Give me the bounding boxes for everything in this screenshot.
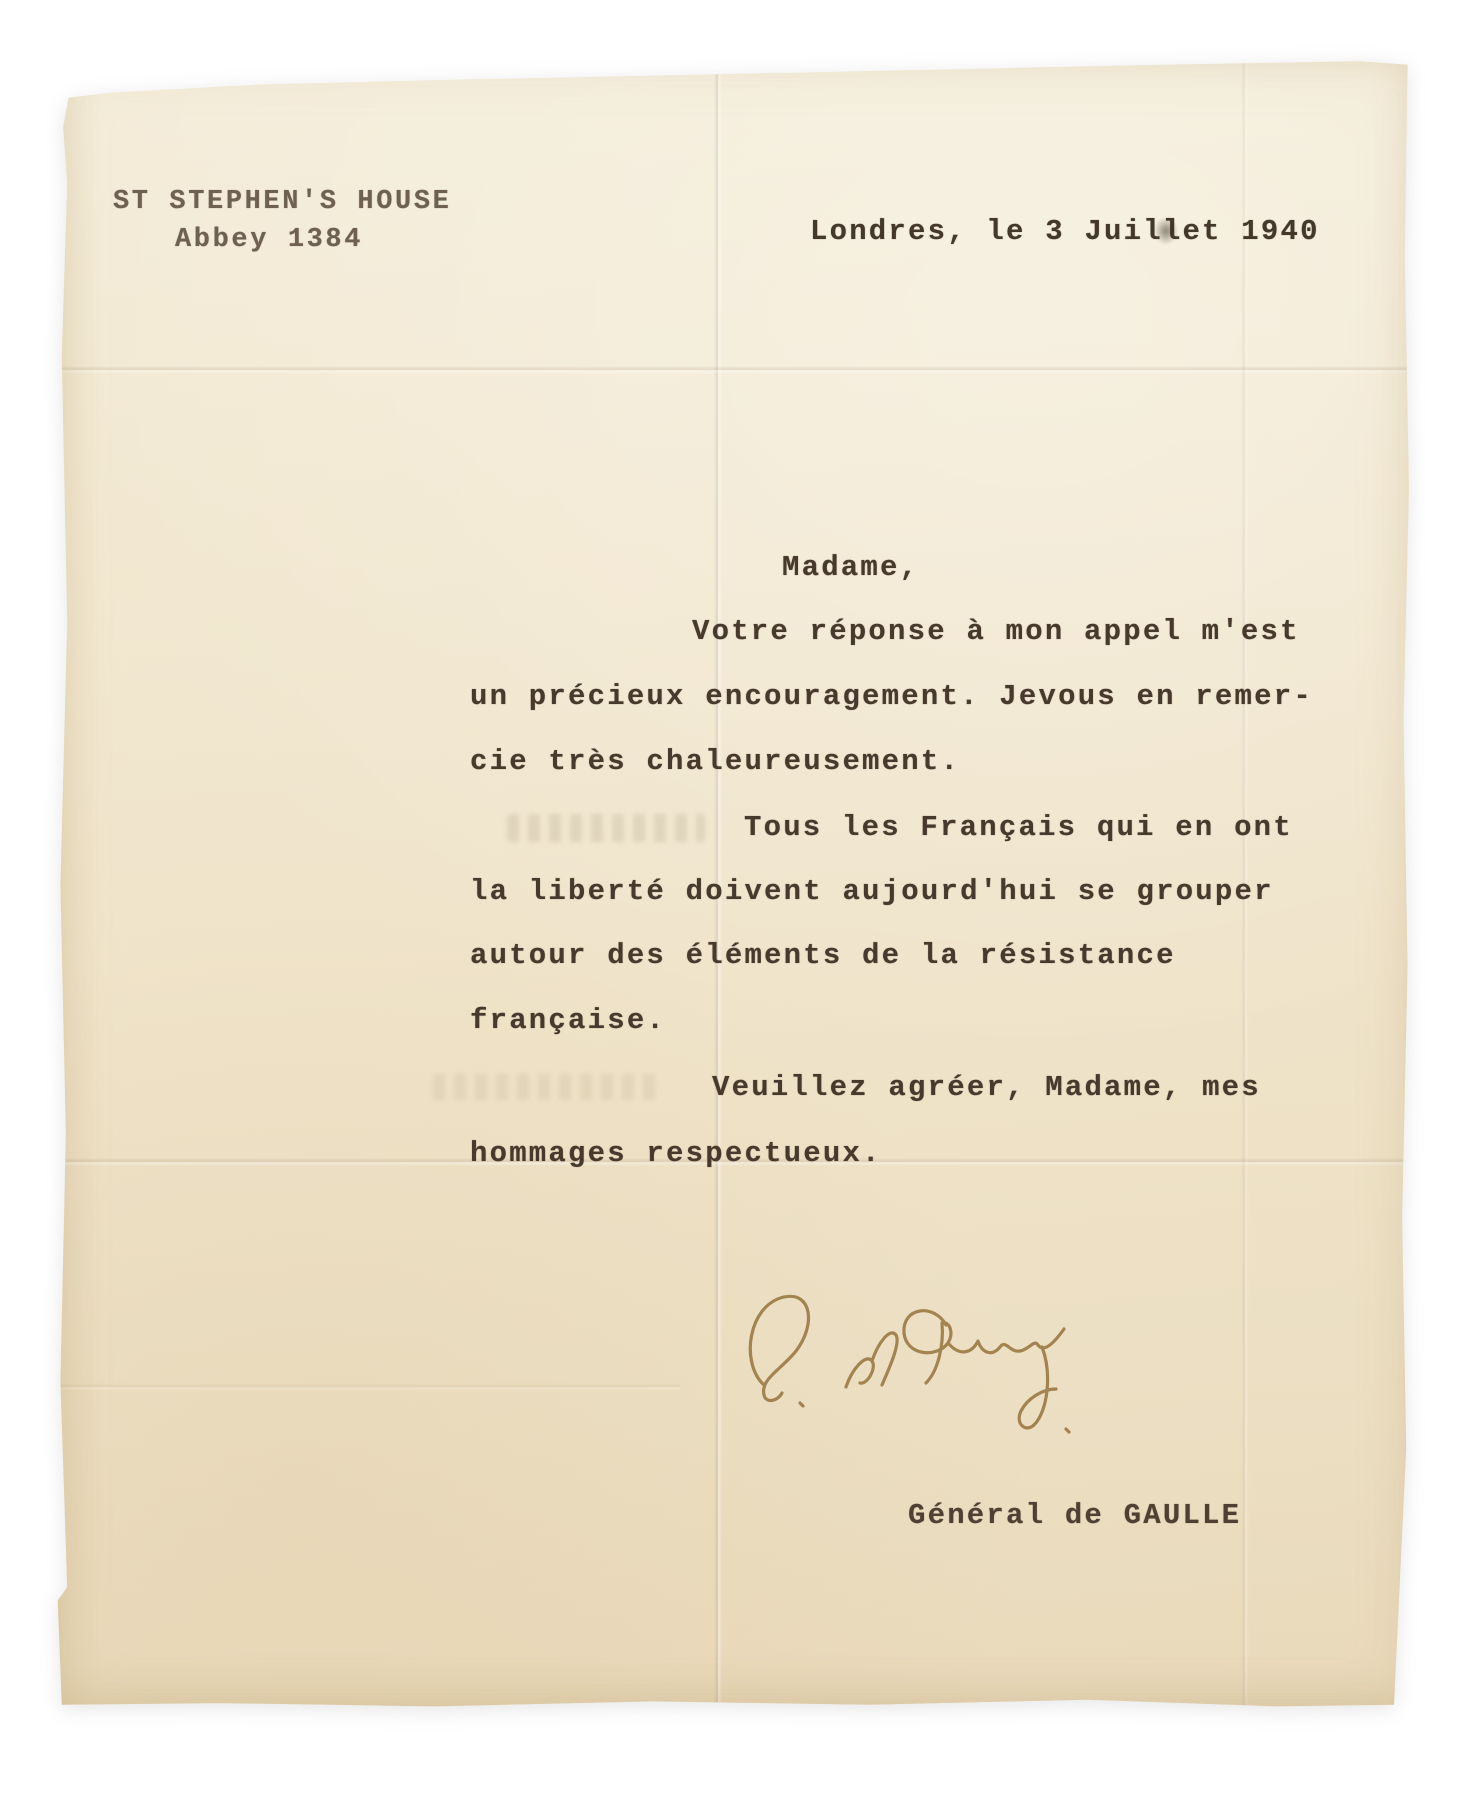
fold-crease-horizontal-signature bbox=[55, 1383, 680, 1391]
closing-line: Veuillez agréer, Madame, mes bbox=[712, 1070, 1261, 1106]
fold-crease-horizontal-upper bbox=[55, 366, 1413, 374]
body-line: un précieux encouragement. Jevous en rem… bbox=[470, 679, 1313, 715]
ink-ghost-smudge bbox=[433, 1074, 658, 1100]
signature-de-gaulle bbox=[720, 1263, 1110, 1463]
body-line: Votre réponse à mon appel m'est bbox=[692, 614, 1300, 650]
letter-photo: ST STEPHEN'S HOUSE Abbey 1384 Londres, l… bbox=[0, 0, 1464, 1800]
typed-signature-name: Général de GAULLE bbox=[908, 1498, 1241, 1534]
body-line: autour des éléments de la résistance bbox=[470, 938, 1176, 974]
closing-line: hommages respectueux. bbox=[470, 1136, 882, 1172]
salutation: Madame, bbox=[782, 550, 919, 586]
ink-ghost-smudge bbox=[507, 814, 705, 842]
body-line: française. bbox=[470, 1003, 666, 1039]
letterhead-line1: ST STEPHEN'S HOUSE bbox=[113, 184, 451, 220]
letterhead-line2: Abbey 1384 bbox=[175, 222, 363, 258]
body-line: cie très chaleureusement. bbox=[470, 744, 960, 780]
date-line: Londres, le 3 Juillet 1940 bbox=[810, 214, 1320, 250]
letter-paper: ST STEPHEN'S HOUSE Abbey 1384 Londres, l… bbox=[55, 58, 1413, 1713]
body-line: Tous les Français qui en ont bbox=[744, 810, 1293, 846]
paper-shadow-wrap: ST STEPHEN'S HOUSE Abbey 1384 Londres, l… bbox=[0, 0, 1464, 1800]
body-line: la liberté doivent aujourd'hui se groupe… bbox=[470, 874, 1274, 910]
